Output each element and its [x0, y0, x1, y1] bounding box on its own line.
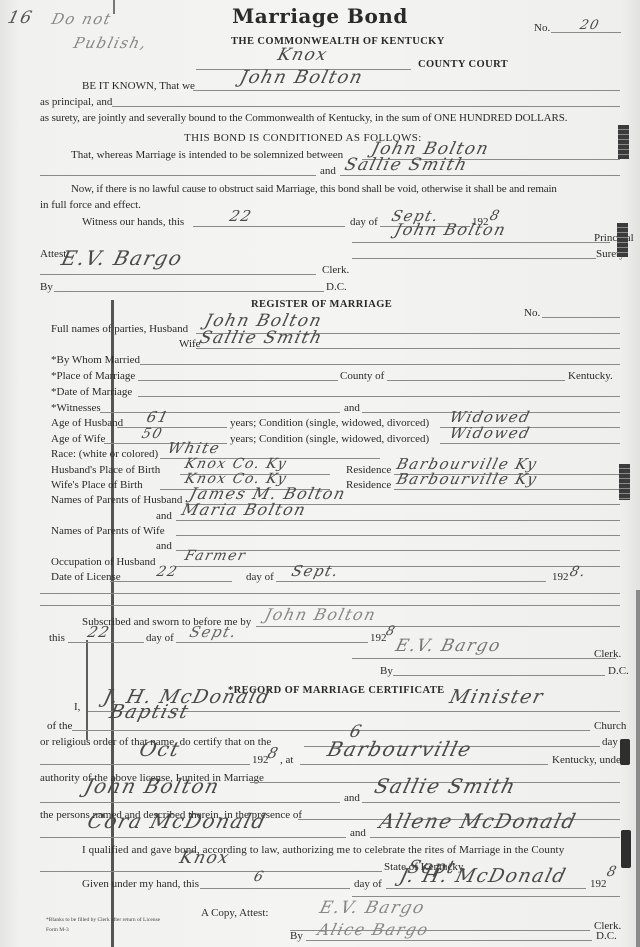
parents-husband-and-label: and — [156, 508, 172, 524]
marriage-bond-document: 16 Do not Publish, Marriage Bond No. 20 … — [0, 0, 640, 947]
party2-value: Sallie Smith — [343, 157, 470, 173]
given-day-of-label: day of — [354, 876, 382, 892]
sworn-this-label: this — [49, 630, 65, 646]
parents-husband-label: Names of Parents of Husband — [51, 492, 182, 508]
certificate-place-value: Barbourville — [326, 741, 474, 757]
day-of-label: day of — [350, 214, 378, 230]
scan-edge-mark — [619, 464, 630, 500]
principal-name-value: John Bolton — [238, 70, 365, 86]
at-label: , at — [280, 752, 293, 768]
wife-name-value: Sallie Smith — [198, 330, 325, 346]
principal-signature: John Bolton — [393, 222, 508, 238]
church-label: Church — [594, 718, 626, 734]
register-number-label: No. — [524, 305, 540, 321]
race-value: White — [166, 440, 222, 456]
given-day-value: 6 — [252, 869, 266, 885]
witness-label: Witness our hands, this — [82, 214, 184, 230]
witnesses-and-label: and — [344, 400, 360, 416]
parents-wife-and-label: and — [156, 538, 172, 554]
presence-and-label: and — [350, 825, 366, 841]
place-of-marriage-label: *Place of Marriage — [51, 368, 135, 384]
sworn-clerk-label: Clerk. — [594, 646, 621, 662]
of-the-label: of the — [47, 718, 72, 734]
as-principal-label: as principal, and — [40, 94, 112, 110]
certificate-month-value: Oct — [138, 741, 182, 757]
given-under-hand-label: Given under my hand, this — [82, 876, 199, 892]
county-of-label: County of — [340, 368, 384, 384]
groom-value: John Bolton — [83, 778, 222, 794]
be-it-known-label: BE IT KNOWN, That we — [82, 78, 195, 94]
given-year-prefix: 192 — [590, 876, 607, 892]
certificate-i-label: I, — [74, 699, 80, 715]
license-year-prefix: 192 — [552, 569, 569, 585]
scan-edge-mark — [617, 223, 628, 257]
commonwealth-heading: THE COMMONWEALTH OF KENTUCKY — [231, 34, 445, 50]
witnesses-label: *Witnesses — [51, 400, 101, 416]
certificate-day-label: day — [602, 734, 618, 750]
license-month-value: Sept. — [290, 563, 341, 579]
form-number: Form M-3 — [46, 927, 69, 933]
wife-condition-label: years; Condition (single, widowed, divor… — [230, 431, 429, 447]
date-of-marriage-label: *Date of Marriage — [51, 384, 132, 400]
by-label: By — [40, 279, 53, 295]
witness-day-value: 22 — [228, 208, 254, 224]
age-husband-value: 61 — [145, 409, 171, 425]
surety-text: as surety, are jointly and severally bou… — [40, 110, 567, 126]
county-court-label: COUNTY COURT — [418, 57, 508, 73]
subscribed-value: John Bolton — [263, 607, 378, 623]
husband-birthplace-label: Husband's Place of Birth — [51, 462, 160, 478]
dc-label: D.C. — [326, 279, 347, 295]
paper-edge — [636, 590, 640, 947]
sworn-clerk-signature: E.V. Bargo — [394, 638, 503, 654]
sworn-by-label: By — [380, 663, 393, 679]
minister-signature: J. H. McDonald — [398, 868, 568, 884]
date-of-license-label: Date of License — [51, 569, 121, 585]
occupation-label: Occupation of Husband — [51, 554, 155, 570]
kentucky-under-label: Kentucky, under — [552, 752, 625, 768]
attest-dc-label: D.C. — [596, 928, 617, 944]
qualified-county-value: Knox — [178, 850, 231, 866]
husband-name-value: John Bolton — [203, 313, 324, 329]
parent-husband-2-value: Maria Bolton — [180, 502, 308, 518]
sworn-day-of-label: day of — [146, 630, 174, 646]
attest-clerk-signature: E.V. Bargo — [318, 900, 427, 916]
wife-residence-value: Barbourville Ky — [395, 471, 539, 487]
footnote: *Blanks to be filled by Clerk after retu… — [46, 917, 160, 923]
given-year-digit: 8 — [605, 864, 619, 880]
bond-number-value: 20 — [578, 18, 602, 34]
clerk-signature: E.V. Bargo — [60, 250, 185, 266]
race-label: Race: (white or colored) — [51, 446, 158, 462]
officiant-title-value: Minister — [448, 689, 546, 705]
church-value: Baptist — [108, 704, 191, 720]
void-text-line1: Now, if there is no lawful cause to obst… — [71, 181, 557, 197]
qualified-label: I qualified and gave bond, according to … — [82, 842, 564, 858]
license-day-value: 22 — [155, 564, 180, 580]
wife-condition-value: Widowed — [448, 425, 532, 441]
attest-by-label: By — [290, 928, 303, 944]
scan-edge-mark — [620, 739, 630, 765]
witness2-value: Allene McDonald — [378, 813, 578, 829]
age-husband-label: Age of Husband — [51, 415, 123, 431]
parents-wife-label: Names of Parents of Wife — [51, 523, 165, 539]
age-wife-label: Age of Wife — [51, 431, 105, 447]
license-year-digit: 8. — [568, 564, 588, 580]
united-and-label: and — [344, 790, 360, 806]
void-text-line2: in full force and effect. — [40, 197, 141, 213]
county-value: Knox — [276, 47, 329, 63]
age-wife-value: 50 — [140, 426, 165, 442]
occupation-value: Farmer — [183, 548, 248, 564]
sworn-month-value: Sept. — [188, 624, 239, 640]
wife-birthplace-label: Wife's Place of Birth — [51, 477, 143, 493]
and-label: and — [320, 163, 336, 179]
clerk-label: Clerk. — [322, 262, 349, 278]
license-day-of-label: day of — [246, 569, 274, 585]
kentucky-label: Kentucky. — [568, 368, 613, 384]
scan-edge-mark — [621, 830, 631, 868]
full-names-label: Full names of parties, Husband — [51, 321, 188, 337]
husband-condition-label: years; Condition (single, widowed, divor… — [230, 415, 429, 431]
witness1-value: Cora McDonald — [86, 813, 268, 829]
husband-condition-value: Widowed — [448, 409, 532, 425]
husband-birthplace-value: Knox Co. Ky — [183, 456, 289, 472]
whereas-label: That, whereas Marriage is intended to be… — [71, 147, 343, 163]
certificate-year-digit: 8 — [266, 745, 281, 761]
by-whom-married-label: *By Whom Married — [51, 352, 140, 368]
wife-residence-label: Residence — [346, 477, 391, 493]
scan-edge-mark — [618, 125, 629, 159]
husband-residence-label: Residence — [346, 462, 391, 478]
deputy-signature: Alice Bargo — [316, 922, 431, 938]
sworn-day-value: 22 — [86, 624, 112, 640]
bride-value: Sallie Smith — [373, 778, 518, 794]
sworn-dc-label: D.C. — [608, 663, 629, 679]
